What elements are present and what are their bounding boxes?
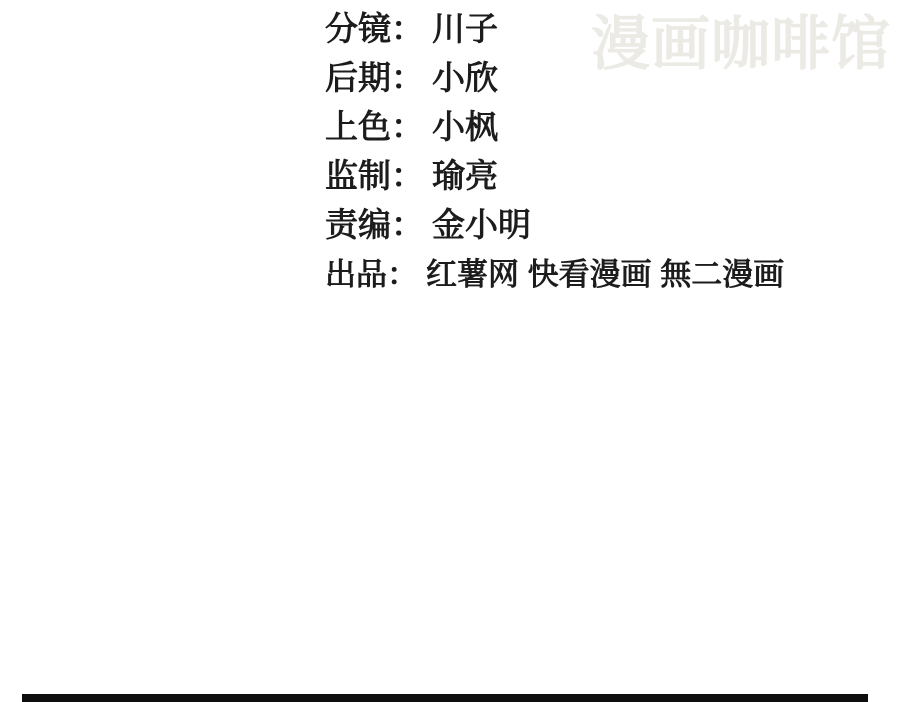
credit-line-coloring: 上色： 小枫 xyxy=(325,100,784,149)
credit-line-supervisor: 监制： 瑜亮 xyxy=(325,149,784,198)
credit-line-postproduction: 后期： 小欣 xyxy=(325,51,784,100)
credit-role-label: 后期： xyxy=(325,52,424,99)
credit-role-label: 分镜： xyxy=(325,3,424,50)
credit-role-label: 责编： xyxy=(325,199,424,246)
credit-name: 川子 xyxy=(432,3,498,50)
credit-name: 金小明 xyxy=(432,199,531,246)
credit-role-label: 上色： xyxy=(325,101,424,148)
credit-name: 红薯网 快看漫画 無二漫画 xyxy=(426,249,784,294)
bottom-divider-bar xyxy=(22,694,868,702)
credit-name: 小欣 xyxy=(432,52,498,99)
credit-name: 瑜亮 xyxy=(432,150,498,197)
comic-credits-page: 漫画咖啡馆 分镜： 川子 后期： 小欣 上色： 小枫 监制： 瑜亮 责编： 金小… xyxy=(0,0,900,702)
credit-line-publisher: 出品： 红薯网 快看漫画 無二漫画 xyxy=(325,247,784,296)
credit-line-editor: 责编： 金小明 xyxy=(325,198,784,247)
credit-line-storyboard: 分镜： 川子 xyxy=(325,2,784,51)
credit-role-label: 出品： xyxy=(325,249,418,294)
credits-block: 分镜： 川子 后期： 小欣 上色： 小枫 监制： 瑜亮 责编： 金小明 出品： … xyxy=(325,2,784,296)
credit-name: 小枫 xyxy=(432,101,498,148)
credit-role-label: 监制： xyxy=(325,150,424,197)
